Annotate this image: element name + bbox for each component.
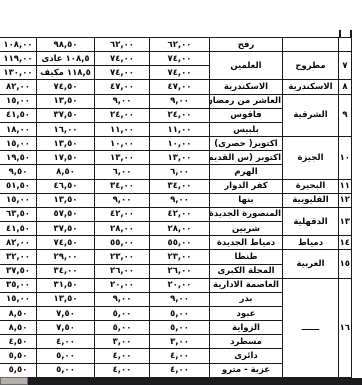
table-row: ٨ الاسكندرية الاسكندرية ٤٧,٠٠ ٤٧,٠٠ ٧٤,٥… [0,80,352,94]
fare-cell: ٣٧,٥٠ [0,264,37,278]
fare-cell: ٤,٠٠ [37,335,95,349]
governorate-cell: البحيرة [283,179,339,193]
fare-cell: ٣,٠٠ [95,335,150,349]
table-row: ١٤ دمياط دمياط الجديدة ٥٥,٠٠ ٥٥,٠٠ ٧٤,٥٠… [0,236,352,250]
station-cell: اكتوبر( حصرى) [210,137,283,151]
scanned-fare-table-page: رفح ٦٢,٠٠ ٦٢,٠٠ ٩٨,٥٠ ١٠٨,٠٠ ٧ مطروح الع… [0,0,362,385]
fare-cell: ١٠٨,٥ عادى [37,52,95,66]
fare-cell: ٧,٥٠ [37,306,95,320]
fare-cell: ٩,٠٠ [150,193,210,207]
fare-cell: ٢٤,٠٠ [150,108,210,122]
fare-cell: ٧٤,٥٠ [37,80,95,94]
fare-cell: ٦٢,٠٠ [150,38,210,52]
fare-cell: ٣٤,٠٠ [37,264,95,278]
row-number-cell: ١١ [339,179,352,193]
governorate-cell: ــــــ [283,278,339,377]
fare-cell: ٥,٠٠ [37,363,95,377]
table-row: ١٣ الدقهلية المنصورة الجديدة ٤٢,٠٠ ٤٢,٠٠… [0,207,352,221]
fare-cell: ٥١,٥٠ [0,179,37,193]
fare-cell: ٩,٠٠ [95,193,150,207]
fare-cell: ٣٢,٠٠ [0,250,37,264]
fare-cell: ١٣,٥٠ [37,94,95,108]
fare-cell: ٤٧,٠٠ [95,80,150,94]
station-cell: عزبة - مترو [210,363,283,377]
fare-cell: ١٥,٠٠ [0,292,37,306]
fare-cell: ١١,٠٠ [150,122,210,136]
row-number-cell [339,38,352,52]
fare-cell: ١٠,٠٠ [95,137,150,151]
fare-cell: ٥٥,٠٠ [95,236,150,250]
fare-cell: ٣٤,٠٠ [95,179,150,193]
fare-cell: ٣٤,٠٠ [150,179,210,193]
fare-cell: ٢٩,٠٠ [37,250,95,264]
table-row: ١٠ الجيزة اكتوبر( حصرى) ١٠,٠٠ ١٠,٠٠ ١٣,٥… [0,137,352,151]
table-row: ١٦ ــــــ العاصمة الادارية ٢٠,٠٠ ٢٠,٠٠ ٣… [0,278,352,292]
fare-cell: ٦,٠٠ [95,165,150,179]
fare-cell: ٤,٠٠ [150,363,210,377]
fare-cell: ٨٢,٠٠ [0,80,37,94]
governorate-cell: الدقهلية [283,207,339,235]
table-row: ٩ الشرقية العاشر من رمضان ٩,٠٠ ٩,٠٠ ١٣,٥… [0,94,352,108]
table-row: ١٥ الغربية طنطا ٢٣,٠٠ ٢٣,٠٠ ٢٩,٠٠ ٣٢,٠٠ [0,250,352,264]
station-cell: العاشر من رمضان [210,94,283,108]
fare-cell: ٧٤,٥٠ [37,236,95,250]
station-cell: الاسكندرية [210,80,283,94]
station-cell: طنطا [210,250,283,264]
fare-cell: ٩,٠٠ [95,94,150,108]
fare-cell: ٢٨,٠٠ [150,222,210,236]
fare-cell: ٢٨,٠٠ [95,222,150,236]
fare-cell: ٢٦,٠٠ [95,264,150,278]
fare-cell: ٣٥,٠٠ [0,278,37,292]
fare-cell: ٣٧,٥٠ [37,108,95,122]
station-cell: كفر الدوار [210,179,283,193]
fare-cell: ١٧,٥٠ [37,151,95,165]
fare-cell: ٥,٥٠ [0,349,37,363]
fare-cell: ٢٦,٠٠ [150,264,210,278]
station-cell: اكتوبر (س القديم) [210,151,283,165]
fare-cell: ١٨,٠٠ [0,122,37,136]
fare-cell: ٣,٠٠ [150,335,210,349]
fare-cell: ١٠,٠٠ [150,137,210,151]
fare-cell: ٥,٠٠ [150,321,210,335]
fare-cell: ١٥,٠٠ [0,137,37,151]
fare-cell: ٧٤,٠٠ [95,52,150,66]
fare-cell: ١٥,٠٠ [0,193,37,207]
station-cell: الهرم [210,165,283,179]
station-cell: دمياط الجديدة [210,236,283,250]
fare-cell: ٥,٠٠ [150,306,210,320]
station-cell: عبود [210,306,283,320]
table-row: ٧ مطروح العلمين ٧٤,٠٠ ٧٤,٠٠ ١٠٨,٥ عادى ١… [0,52,352,66]
fare-cell: ٤٢,٠٠ [95,207,150,221]
fare-cell: ١٣,٠٠ [95,151,150,165]
row-number-cell: ١٣ [339,207,352,235]
fare-cell: ٤٢,٠٠ [150,207,210,221]
fare-cell: ٤,٠٠ [150,349,210,363]
table-row: ١١ البحيرة كفر الدوار ٣٤,٠٠ ٣٤,٠٠ ٤٦,٥٠ … [0,179,352,193]
row-number-cell: ١٠ [339,137,352,179]
station-cell: بنها [210,193,283,207]
fare-cell: ٩,٠٠ [150,292,210,306]
fare-cell: ٣٧,٥٠ [37,222,95,236]
fare-cell: ٥,٠٠ [95,306,150,320]
fare-cell: ١٦,٠٠ [37,122,95,136]
governorate-cell: الجيزة [283,137,339,179]
station-cell: مسطرد [210,335,283,349]
fare-cell: ١٣,٥٠ [37,137,95,151]
station-cell: المحلة الكبرى [210,264,283,278]
fare-cell: ١٣,٠٠ [150,151,210,165]
fare-cell: ١٣,٥٠ [37,193,95,207]
fare-cell: ٥,٠٠ [95,321,150,335]
fare-cell: ٤,٠٠ [95,349,150,363]
governorate-cell: دمياط [283,236,339,250]
fare-cell: ١١٨,٥ مكيف [37,66,95,80]
fare-cell: ٩,٠٠ [95,292,150,306]
fare-cell: ٤٧,٠٠ [150,80,210,94]
station-cell: العاصمة الادارية [210,278,283,292]
fare-cell: ٤,٥٠ [0,335,37,349]
row-number-cell: ١٦ [339,278,352,377]
governorate-cell: الغربية [283,250,339,278]
fare-cell: ١١,٠٠ [95,122,150,136]
fare-table: رفح ٦٢,٠٠ ٦٢,٠٠ ٩٨,٥٠ ١٠٨,٠٠ ٧ مطروح الع… [0,37,352,378]
row-number-cell: ١٥ [339,250,352,278]
station-cell: المنصورة الجديدة [210,207,283,221]
station-cell: الزواية [210,321,283,335]
governorate-cell: الشرقية [283,94,339,136]
station-cell: رفح [210,38,283,52]
fare-cell: ٤١,٥٠ [0,108,37,122]
fare-cell: ٨٢,٠٠ [0,236,37,250]
station-cell: بدر [210,292,283,306]
fare-cell: ٩,٥٠ [0,165,37,179]
fare-cell: ٨,٥٠ [0,321,37,335]
table-row: رفح ٦٢,٠٠ ٦٢,٠٠ ٩٨,٥٠ ١٠٨,٠٠ [0,38,352,52]
governorate-cell [283,38,339,52]
fare-cell: ٦٢,٠٠ [95,38,150,52]
fare-cell: ١١٩,٠٠ [0,52,37,66]
fare-cell: ٧٤,٠٠ [95,66,150,80]
scrollbar-thumb[interactable] [0,377,28,385]
governorate-cell: مطروح [283,52,339,80]
fare-cell: ٢٤,٠٠ [95,108,150,122]
fare-cell: ٤,٠٠ [95,363,150,377]
station-cell: فاقوس [210,108,283,122]
next-section-divider-bar [28,378,362,385]
fare-cell: ٥٧,٥٠ [37,207,95,221]
fare-cell: ٥,٠٠ [37,349,95,363]
fare-cell: ٩٨,٥٠ [37,38,95,52]
fare-cell: ٤١,٥٠ [0,222,37,236]
station-cell: العلمين [210,52,283,80]
fare-cell: ١٣٠,٠٠ [0,66,37,80]
fare-cell: ٢٠,٠٠ [95,278,150,292]
fare-cell: ٨,٥٠ [0,306,37,320]
fare-cell: ٢٣,٠٠ [150,250,210,264]
row-number-cell: ١٤ [339,236,352,250]
table-row: ١٢ القليوبية بنها ٩,٠٠ ٩,٠٠ ١٣,٥٠ ١٥,٠٠ [0,193,352,207]
fare-cell: ٦,٠٠ [150,165,210,179]
governorate-cell: الاسكندرية [283,80,339,94]
row-number-cell: ٩ [339,94,352,136]
fare-cell: ٥٥,٠٠ [150,236,210,250]
fare-cell: ٨,٥٠ [37,165,95,179]
row-number-cell: ٧ [339,52,352,80]
fare-cell: ٢٠,٠٠ [150,278,210,292]
fare-cell: ١٩,٥٠ [0,151,37,165]
row-number-cell: ١٢ [339,193,352,207]
fare-cell: ٧٤,٠٠ [150,66,210,80]
fare-cell: ٧,٥٠ [37,321,95,335]
station-cell: شربين [210,222,283,236]
station-cell: دائرى [210,349,283,363]
fare-cell: ٦٣,٥٠ [0,207,37,221]
fare-cell: ١٣,٥٠ [37,292,95,306]
fare-cell: ٩,٠٠ [150,94,210,108]
station-cell: بلبيس [210,122,283,136]
fare-cell: ١٠٨,٠٠ [0,38,37,52]
fare-cell: ٧٤,٠٠ [150,52,210,66]
fare-cell: ٢٣,٠٠ [95,250,150,264]
fare-cell: ١٥,٠٠ [0,94,37,108]
fare-cell: ٤٦,٥٠ [37,179,95,193]
governorate-cell: القليوبية [283,193,339,207]
row-number-cell: ٨ [339,80,352,94]
fare-cell: ٣١,٥٠ [37,278,95,292]
fare-cell: ٥,٥٠ [0,363,37,377]
